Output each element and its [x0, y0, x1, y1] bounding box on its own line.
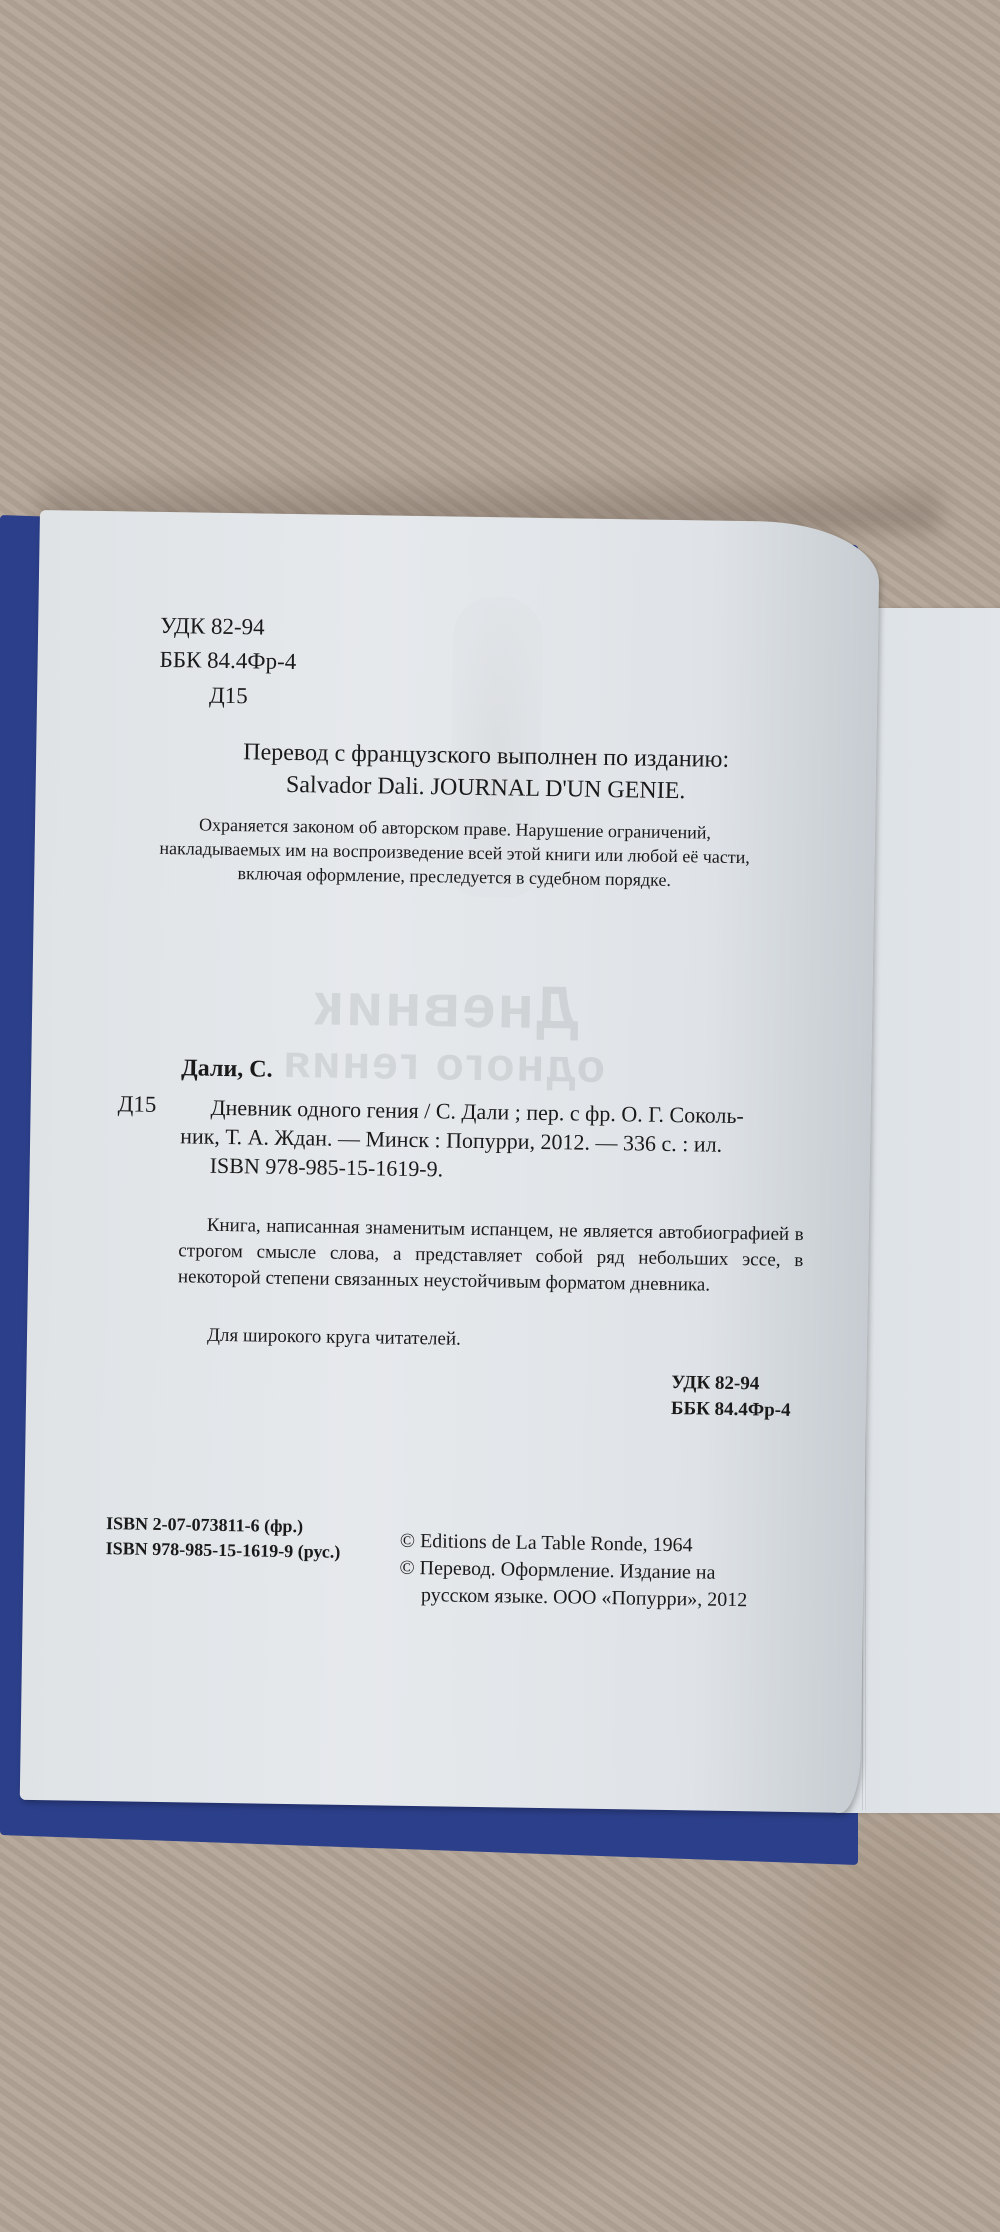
- original-title: Salvador Dali. JOURNAL D'UN GENIE.: [206, 771, 766, 807]
- author-sign: Д15: [209, 683, 248, 710]
- isbn-list: ISBN 2-07-073811-6 (фр.) ISBN 978-985-15…: [105, 1511, 340, 1565]
- udk-code: УДК 82-94: [160, 613, 265, 641]
- catalog-code: Д15: [117, 1091, 156, 1118]
- bbk-code: ББК 84.4Фр-4: [159, 647, 296, 675]
- imprint-page: Дневник одного гения УДК 82-94 ББК 84.4Ф…: [20, 510, 880, 1813]
- audience-note: Для широкого круга читателей.: [207, 1325, 461, 1351]
- bibliographic-description: Дневник одного гения / С. Дали ; пер. с …: [180, 1092, 806, 1189]
- copyright-holders: © Editions de La Table Ronde, 1964 © Пер…: [399, 1528, 749, 1614]
- isbn-russian: ISBN 978-985-15-1619-9 (рус.): [105, 1536, 340, 1565]
- book-annotation: Книга, написанная знаменитым испанцем, н…: [178, 1212, 804, 1300]
- isbn-french: ISBN 2-07-073811-6 (фр.): [106, 1511, 341, 1540]
- showthrough-subtitle: одного гения: [281, 1034, 605, 1093]
- showthrough-title: Дневник: [312, 969, 579, 1042]
- catalog-udk: УДК 82-94: [671, 1372, 759, 1395]
- catalog-author: Дали, С.: [181, 1055, 273, 1083]
- copyright-notice: Охраняется законом об авторском праве. Н…: [104, 811, 805, 894]
- copyright-translation-cont: русском языке. ООО «Попурри», 2012: [399, 1582, 748, 1614]
- catalog-bbk: ББК 84.4Фр-4: [671, 1398, 791, 1422]
- translation-source-label: Перевод с французского выполнен по издан…: [206, 739, 766, 775]
